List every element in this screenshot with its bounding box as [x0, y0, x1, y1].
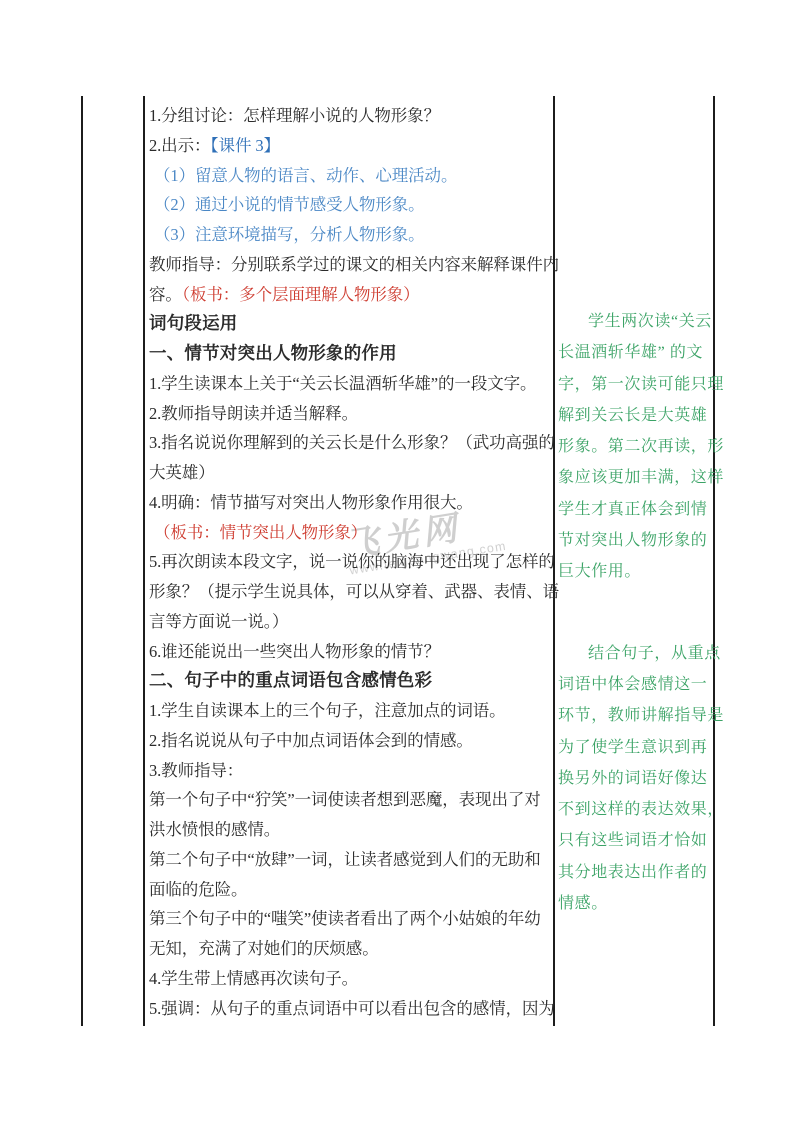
text-line: 4.明确：情节描写对突出人物形象作用很大。 [149, 488, 553, 518]
teaching-notes-column: 学生两次读“关云长温酒斩华雄” 的文字，第一次读可能只理解到关云长是大英雄形象。… [558, 306, 712, 969]
note-line: 换另外的词语好像达 [558, 763, 712, 794]
note-line: 不到这样的表达效果， [558, 794, 712, 825]
text-segment: 容。 [149, 285, 182, 304]
text-segment: 形象？（提示学生说具体，可以从穿着、武器、表情、语 [149, 582, 559, 601]
note-line: 环节，教师讲解指导是 [558, 700, 712, 731]
note-line: 象应该更加丰满，这样 [558, 462, 712, 493]
text-line: 词句段运用 [149, 309, 553, 339]
text-segment: 二、句子中的重点词语包含感情色彩 [149, 670, 432, 690]
text-line: （1）留意人物的语言、动作、心理活动。 [149, 161, 553, 191]
text-segment: 第一个句子中“狞笑”一词使读者想到恶魔，表现出了对 [149, 790, 541, 809]
text-segment: 大英雄） [149, 463, 215, 482]
text-segment: 词句段运用 [149, 313, 238, 333]
note-line: 长温酒斩华雄” 的文 [558, 337, 712, 368]
text-segment: 4.明确：情节描写对突出人物形象作用很大。 [149, 493, 473, 512]
text-line: 面临的危险。 [149, 875, 553, 905]
text-line: 3.教师指导： [149, 756, 553, 786]
table-border-divider-1 [143, 96, 145, 1026]
text-segment: 言等方面说一说。） [149, 612, 288, 631]
text-segment: （1）留意人物的语言、动作、心理活动。 [154, 166, 457, 185]
text-line: （2）通过小说的情节感受人物形象。 [149, 190, 553, 220]
text-line: 5.强调：从句子的重点词语中可以看出包含的感情，因为 [149, 994, 553, 1024]
note-line: 形象。第二次再读，形 [558, 431, 712, 462]
text-line: 2.出示：【课件 3】 [149, 131, 553, 161]
text-line: 6.谁还能说出一些突出人物形象的情节？ [149, 637, 553, 667]
text-segment: 5.强调：从句子的重点词语中可以看出包含的感情，因为 [149, 999, 555, 1018]
text-line: 一、情节对突出人物形象的作用 [149, 339, 553, 369]
text-segment: 4.学生带上情感再次读句子。 [149, 969, 358, 988]
text-segment: 教师指导：分别联系学过的课文的相关内容来解释课件内 [149, 255, 559, 274]
text-segment: 面临的危险。 [149, 880, 247, 899]
text-segment: 6.谁还能说出一些突出人物形象的情节？ [149, 642, 440, 661]
teaching-note-block: 结合句子，从重点词语中体会感情这一环节，教师讲解指导是为了使学生意识到再换另外的… [558, 638, 712, 920]
table-border-left [81, 96, 83, 1026]
text-line: 2.指名说说从句子中加点词语体会到的情感。 [149, 726, 553, 756]
note-line: 学生两次读“关云 [558, 306, 712, 337]
text-segment: 3.教师指导： [149, 761, 243, 780]
text-segment: 1.学生读课本上关于“关云长温酒斩华雄”的一段文字。 [149, 374, 536, 393]
text-line: 言等方面说一说。） [149, 607, 553, 637]
text-line: 1.学生自读课本上的三个句子，注意加点的词语。 [149, 696, 553, 726]
note-line: 结合句子，从重点 [558, 638, 712, 669]
text-segment: 第二个句子中“放肆”一词，让读者感觉到人们的无助和 [149, 850, 541, 869]
text-line: 5.再次朗读本段文字，说一说你的脑海中还出现了怎样的 [149, 547, 553, 577]
text-segment: 无知，充满了对她们的厌烦感。 [149, 939, 379, 958]
note-line: 节对突出人物形象的 [558, 525, 712, 556]
note-line: 只有这些词语才恰如 [558, 825, 712, 856]
text-segment: 2.出示： [149, 136, 210, 155]
text-segment: 5.再次朗读本段文字，说一说你的脑海中还出现了怎样的 [149, 552, 555, 571]
text-segment: 一、情节对突出人物形象的作用 [149, 343, 397, 363]
text-segment: 2.指名说说从句子中加点词语体会到的情感。 [149, 731, 473, 750]
table-border-right [713, 96, 715, 1026]
note-line: 为了使学生意识到再 [558, 732, 712, 763]
text-line: 第一个句子中“狞笑”一词使读者想到恶魔，表现出了对 [149, 785, 553, 815]
note-line: 学生才真正体会到情 [558, 494, 712, 525]
text-line: 大英雄） [149, 458, 553, 488]
text-line: 4.学生带上情感再次读句子。 [149, 964, 553, 994]
text-segment: 第三个句子中的“嗤笑”使读者看出了两个小姑娘的年幼 [149, 909, 541, 928]
text-line: 容。（板书：多个层面理解人物形象） [149, 280, 553, 310]
text-segment: 3.指名说说你理解到的关云长是什么形象？（武功高强的 [149, 433, 555, 452]
text-line: （3）注意环境描写，分析人物形象。 [149, 220, 553, 250]
text-line: （板书：情节突出人物形象） [149, 518, 553, 548]
text-line: 3.指名说说你理解到的关云长是什么形象？（武功高强的 [149, 428, 553, 458]
note-line: 巨大作用。 [558, 556, 712, 587]
note-line: 情感。 [558, 888, 712, 919]
note-line: 字，第一次读可能只理 [558, 369, 712, 400]
lesson-steps-column: 1.分组讨论：怎样理解小说的人物形象？2.出示：【课件 3】（1）留意人物的语言… [149, 101, 553, 1023]
text-segment: 1.学生自读课本上的三个句子，注意加点的词语。 [149, 701, 506, 720]
teaching-note-block: 学生两次读“关云长温酒斩华雄” 的文字，第一次读可能只理解到关云长是大英雄形象。… [558, 306, 712, 588]
text-line: 教师指导：分别联系学过的课文的相关内容来解释课件内 [149, 250, 553, 280]
text-segment: 【课件 3】 [210, 136, 280, 155]
text-segment: 2.教师指导朗读并适当解释。 [149, 404, 358, 423]
text-segment: 洪水愤恨的感情。 [149, 820, 280, 839]
text-segment: （3）注意环境描写，分析人物形象。 [154, 225, 425, 244]
text-line: 第二个句子中“放肆”一词，让读者感觉到人们的无助和 [149, 845, 553, 875]
text-line: 2.教师指导朗读并适当解释。 [149, 399, 553, 429]
text-segment: 1.分组讨论：怎样理解小说的人物形象？ [149, 106, 440, 125]
text-line: 二、句子中的重点词语包含感情色彩 [149, 666, 553, 696]
note-line: 解到关云长是大英雄 [558, 400, 712, 431]
note-line: 其分地表达出作者的 [558, 857, 712, 888]
text-line: 第三个句子中的“嗤笑”使读者看出了两个小姑娘的年幼 [149, 904, 553, 934]
text-line: 无知，充满了对她们的厌烦感。 [149, 934, 553, 964]
text-line: 1.学生读课本上关于“关云长温酒斩华雄”的一段文字。 [149, 369, 553, 399]
note-line: 词语中体会感情这一 [558, 669, 712, 700]
text-line: 洪水愤恨的感情。 [149, 815, 553, 845]
text-segment: （板书：多个层面理解人物形象） [182, 285, 420, 304]
text-line: 形象？（提示学生说具体，可以从穿着、武器、表情、语 [149, 577, 553, 607]
text-segment: （2）通过小说的情节感受人物形象。 [154, 195, 425, 214]
document-page: 飞光网 www.feiguangwang.com 1.分组讨论：怎样理解小说的人… [0, 0, 793, 1122]
text-segment: （板书：情节突出人物形象） [154, 523, 367, 542]
text-line: 1.分组讨论：怎样理解小说的人物形象？ [149, 101, 553, 131]
